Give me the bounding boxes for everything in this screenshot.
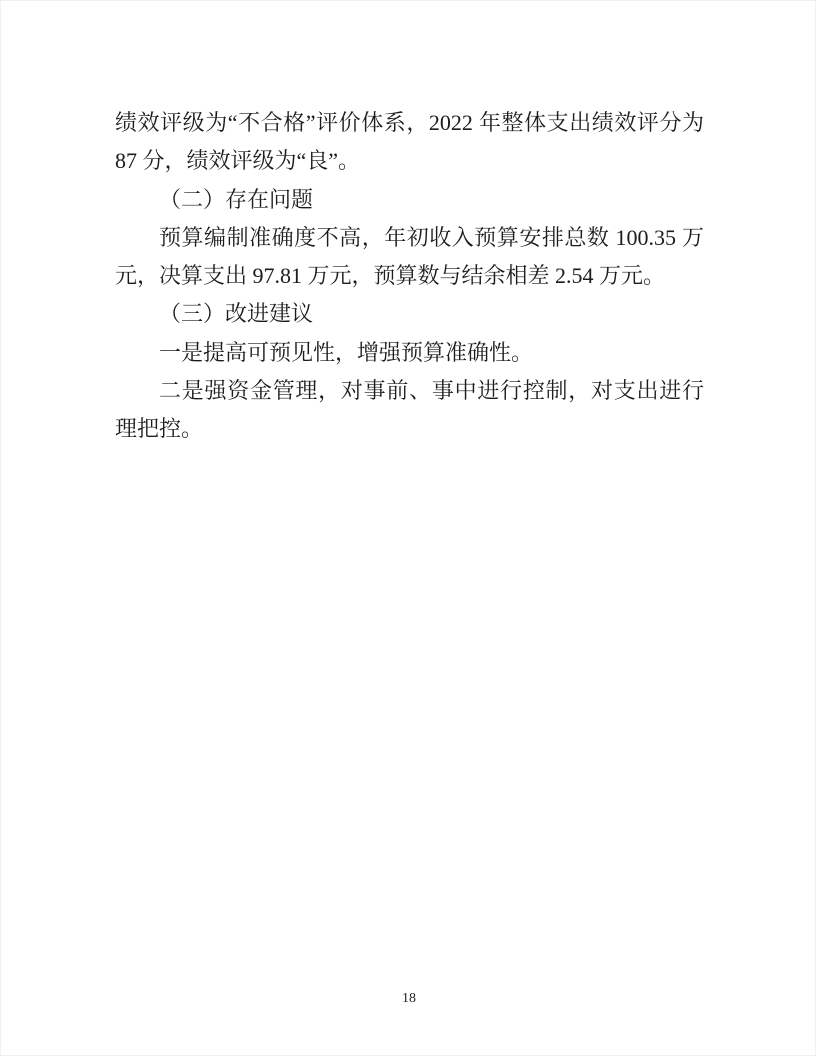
page-number: 18 — [1, 990, 816, 1008]
document-body: 绩效评级为“不合格”评价体系，2022 年整体支出绩效评分为 87 分，绩效评级… — [115, 104, 704, 449]
section-heading-existing-problems: （二）存在问题 — [115, 181, 704, 219]
paragraph-continuation-line: 绩效评级为“不合格”评价体系，2022 年整体支出绩效评分为 — [115, 104, 704, 142]
section-heading-improvement-suggestions: （三）改进建议 — [115, 295, 704, 333]
paragraph-line: 预算编制准确度不高，年初收入预算安排总数 100.35 万 — [115, 219, 704, 257]
document-page: 绩效评级为“不合格”评价体系，2022 年整体支出绩效评分为 87 分，绩效评级… — [0, 0, 816, 1056]
paragraph-line: 理把控。 — [115, 410, 704, 448]
paragraph-line: 二是强资金管理，对事前、事中进行控制，对支出进行合 — [115, 372, 704, 410]
paragraph-line: 87 分，绩效评级为“良”。 — [115, 142, 704, 180]
paragraph-line: 一是提高可预见性，增强预算准确性。 — [115, 334, 704, 372]
paragraph-line: 元，决算支出 97.81 万元，预算数与结余相差 2.54 万元。 — [115, 257, 704, 295]
